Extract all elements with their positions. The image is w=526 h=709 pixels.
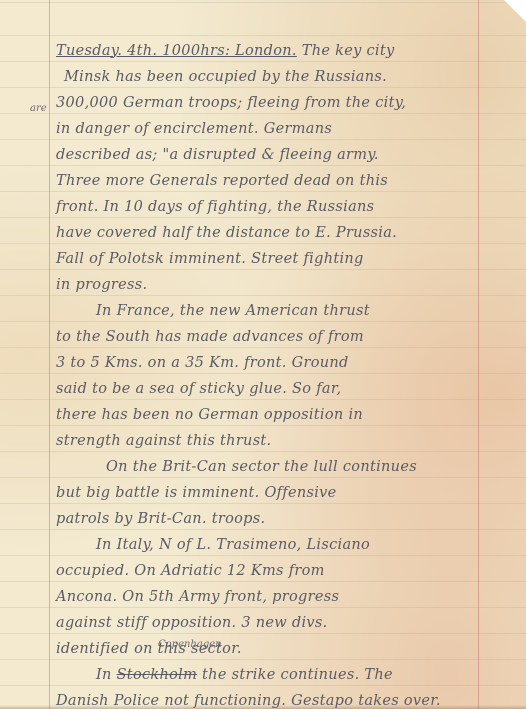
- text-line: in progress.: [56, 272, 524, 298]
- text-line: to the South has made advances of from: [56, 324, 524, 350]
- text-line: against stiff opposition. 3 new divs.: [56, 610, 524, 636]
- text-line: Fall of Polotsk imminent. Street fightin…: [56, 246, 524, 272]
- struck-word: Stockholm: [117, 667, 198, 683]
- text-line: Minsk has been occupied by the Russians.: [56, 64, 524, 90]
- text-line: patrols by Brit-Can. troops.: [56, 506, 524, 532]
- text-line: there has been no German opposition in: [56, 402, 524, 428]
- text-line: strength against this thrust.: [56, 428, 524, 454]
- text-line: have covered half the distance to E. Pru…: [56, 220, 524, 246]
- text-line: In France, the new American thrust: [56, 298, 524, 324]
- text-line: identified on this sector.: [56, 636, 524, 662]
- text-line: 300,000 German troops; fleeing from the …: [56, 90, 524, 116]
- entry-heading: Tuesday. 4th. 1000hrs: London.: [56, 43, 297, 59]
- page-corner: [504, 0, 526, 22]
- text-line: In Italy, N of L. Trasimeno, Lisciano: [56, 532, 524, 558]
- diary-page: are Copenhagen Tuesday. 4th. 1000hrs: Lo…: [0, 0, 526, 709]
- text-line: said to be a sea of sticky glue. So far,: [56, 376, 524, 402]
- text-line: occupied. On Adriatic 12 Kms from: [56, 558, 524, 584]
- text-line: described as; "a disrupted & fleeing arm…: [56, 142, 524, 168]
- text-line: Three more Generals reported dead on thi…: [56, 168, 524, 194]
- page-bottom-edge: [0, 705, 526, 709]
- left-margin-rule: [49, 0, 50, 709]
- text-line: Ancona. On 5th Army front, progress: [56, 584, 524, 610]
- text-line: Tuesday. 4th. 1000hrs: London. The key c…: [56, 38, 524, 64]
- handwritten-text: Tuesday. 4th. 1000hrs: London. The key c…: [56, 38, 524, 709]
- text-line: In Stockholm the strike continues. The: [56, 662, 524, 688]
- text-line: On the Brit-Can sector the lull continue…: [56, 454, 524, 480]
- text-line: but big battle is imminent. Offensive: [56, 480, 524, 506]
- text-line: front. In 10 days of fighting, the Russi…: [56, 194, 524, 220]
- margin-note: are: [30, 103, 47, 114]
- text-line: in danger of encirclement. Germans: [56, 116, 524, 142]
- text-line: 3 to 5 Kms. on a 35 Km. front. Ground: [56, 350, 524, 376]
